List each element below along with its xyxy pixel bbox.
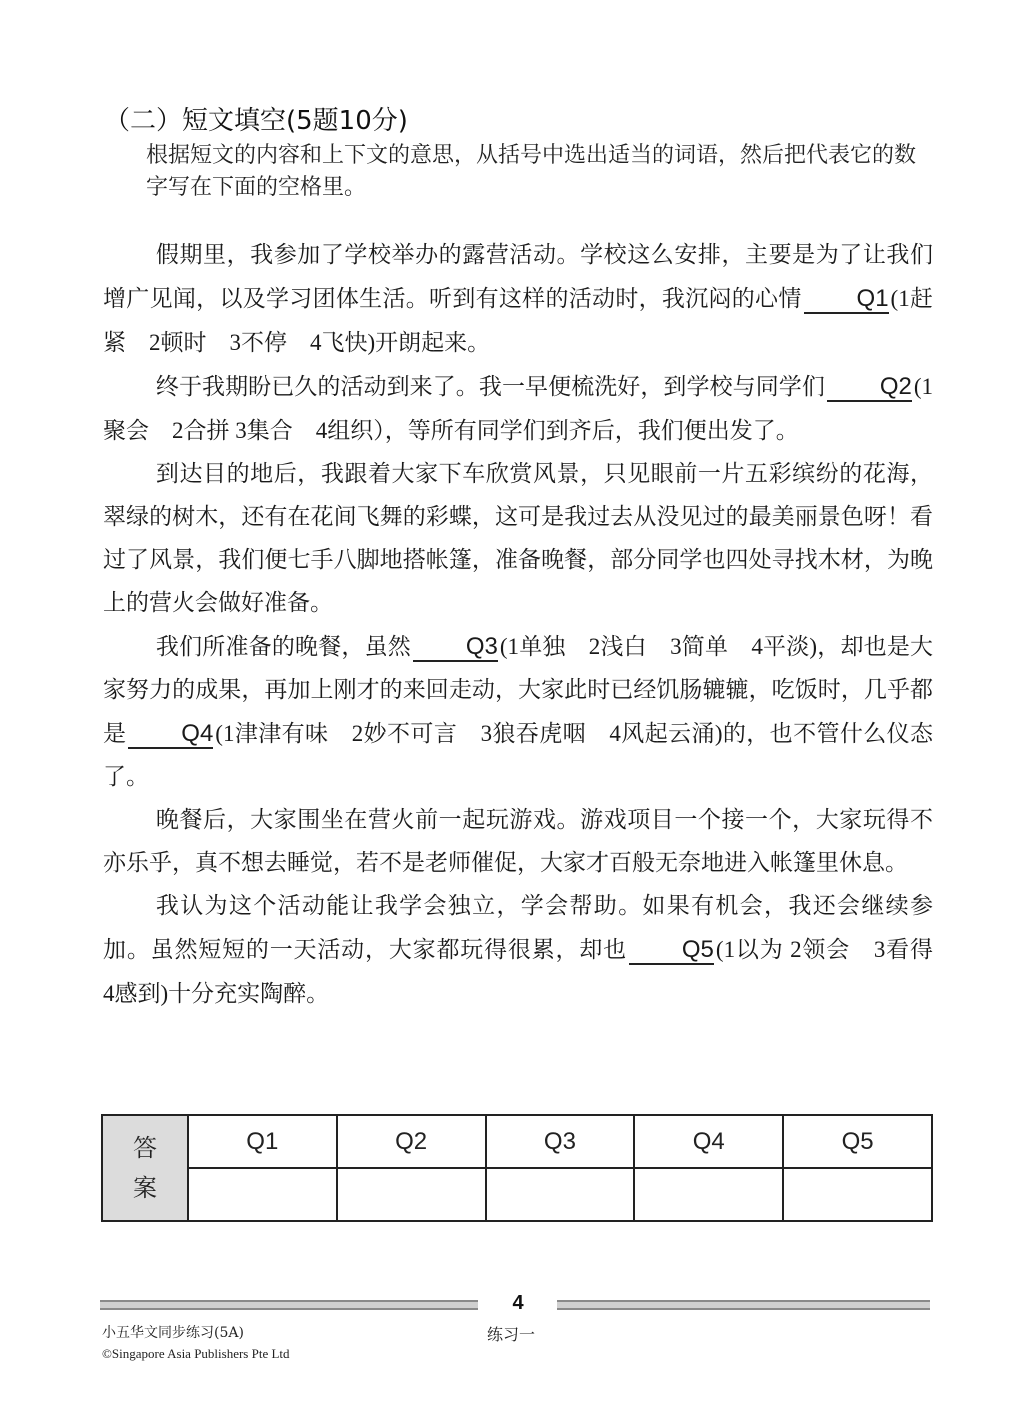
paragraph-text: 终于我期盼已久的活动到来了。我一早便梳洗好，到学校与同学们 [156,374,825,400]
page-number: 4 [503,1292,533,1315]
passage: 假期里，我参加了学校举办的露营活动。学校这么安排，主要是为了让我们增广见闻，以及… [103,234,933,1016]
exercise-label: 练习一 [487,1322,535,1345]
blank-q5: Q5 [629,937,714,965]
footer-divider-right [557,1300,930,1310]
answer-cell-q1[interactable] [188,1168,337,1221]
answer-table-input-row [102,1168,932,1221]
answer-label-char-2: 案 [133,1174,157,1202]
paragraph-2: 终于我期盼已久的活动到来了。我一早便梳洗好，到学校与同学们Q2(1聚会 2合拼 … [103,365,933,453]
paragraph-text: 开朗起来。 [375,330,490,356]
blank-q1: Q1 [804,286,889,314]
answer-cell-q4[interactable] [634,1168,783,1221]
paragraph-5: 晚餐后，大家围坐在营火前一起玩游戏。游戏项目一个接一个，大家玩得不亦乐乎，真不想… [103,799,933,885]
book-title: 小五华文同步练习(5A) [102,1322,244,1342]
options-q3: (1单独 2浅白 3简单 4平淡) [500,634,817,659]
section-title: （二）短文填空(5题10分) [104,100,408,137]
header-q5: Q5 [783,1115,932,1168]
answer-table-header-row: 答案 Q1 Q2 Q3 Q4 Q5 [102,1115,932,1168]
paragraph-1: 假期里，我参加了学校举办的露营活动。学校这么安排，主要是为了让我们增广见闻，以及… [103,234,933,365]
answer-cell-q3[interactable] [486,1168,635,1221]
header-q2: Q2 [337,1115,486,1168]
answer-table: 答案 Q1 Q2 Q3 Q4 Q5 [101,1114,933,1222]
answer-cell-q2[interactable] [337,1168,486,1221]
header-q3: Q3 [486,1115,635,1168]
blank-q4: Q4 [128,721,213,749]
answer-label-char-1: 答 [133,1134,157,1162]
footer-divider-left [100,1300,478,1310]
worksheet-page: （二）短文填空(5题10分) 根据短文的内容和上下文的意思，从括号中选出适当的词… [0,0,1034,1413]
blank-q2: Q2 [827,374,912,402]
answer-label: 答案 [102,1115,188,1221]
paragraph-text: ，等所有同学们到齐后，我们便出发了。 [385,418,799,444]
paragraph-4: 我们所准备的晚餐，虽然Q3(1单独 2浅白 3简单 4平淡)，却也是大家努力的成… [103,625,933,799]
paragraph-3: 到达目的地后，我跟着大家下车欣赏风景，只见眼前一片五彩缤纷的花海，翠绿的树木，还… [103,453,933,625]
header-q1: Q1 [188,1115,337,1168]
instructions: 根据短文的内容和上下文的意思，从括号中选出适当的词语，然后把代表它的数字写在下面… [146,140,936,204]
options-q4: (1津津有味 2妙不可言 3狼吞虎咽 4风起云涌) [215,721,722,746]
paragraph-6: 我认为这个活动能让我学会独立，学会帮助。如果有机会，我还会继续参加。虽然短短的一… [103,885,933,1016]
copyright: ©Singapore Asia Publishers Pte Ltd [102,1346,290,1362]
header-q4: Q4 [634,1115,783,1168]
blank-q3: Q3 [413,634,498,662]
paragraph-text: 我们所准备的晚餐，虽然 [156,634,411,660]
answer-cell-q5[interactable] [783,1168,932,1221]
paragraph-text: 十分充实陶醉。 [168,981,329,1007]
